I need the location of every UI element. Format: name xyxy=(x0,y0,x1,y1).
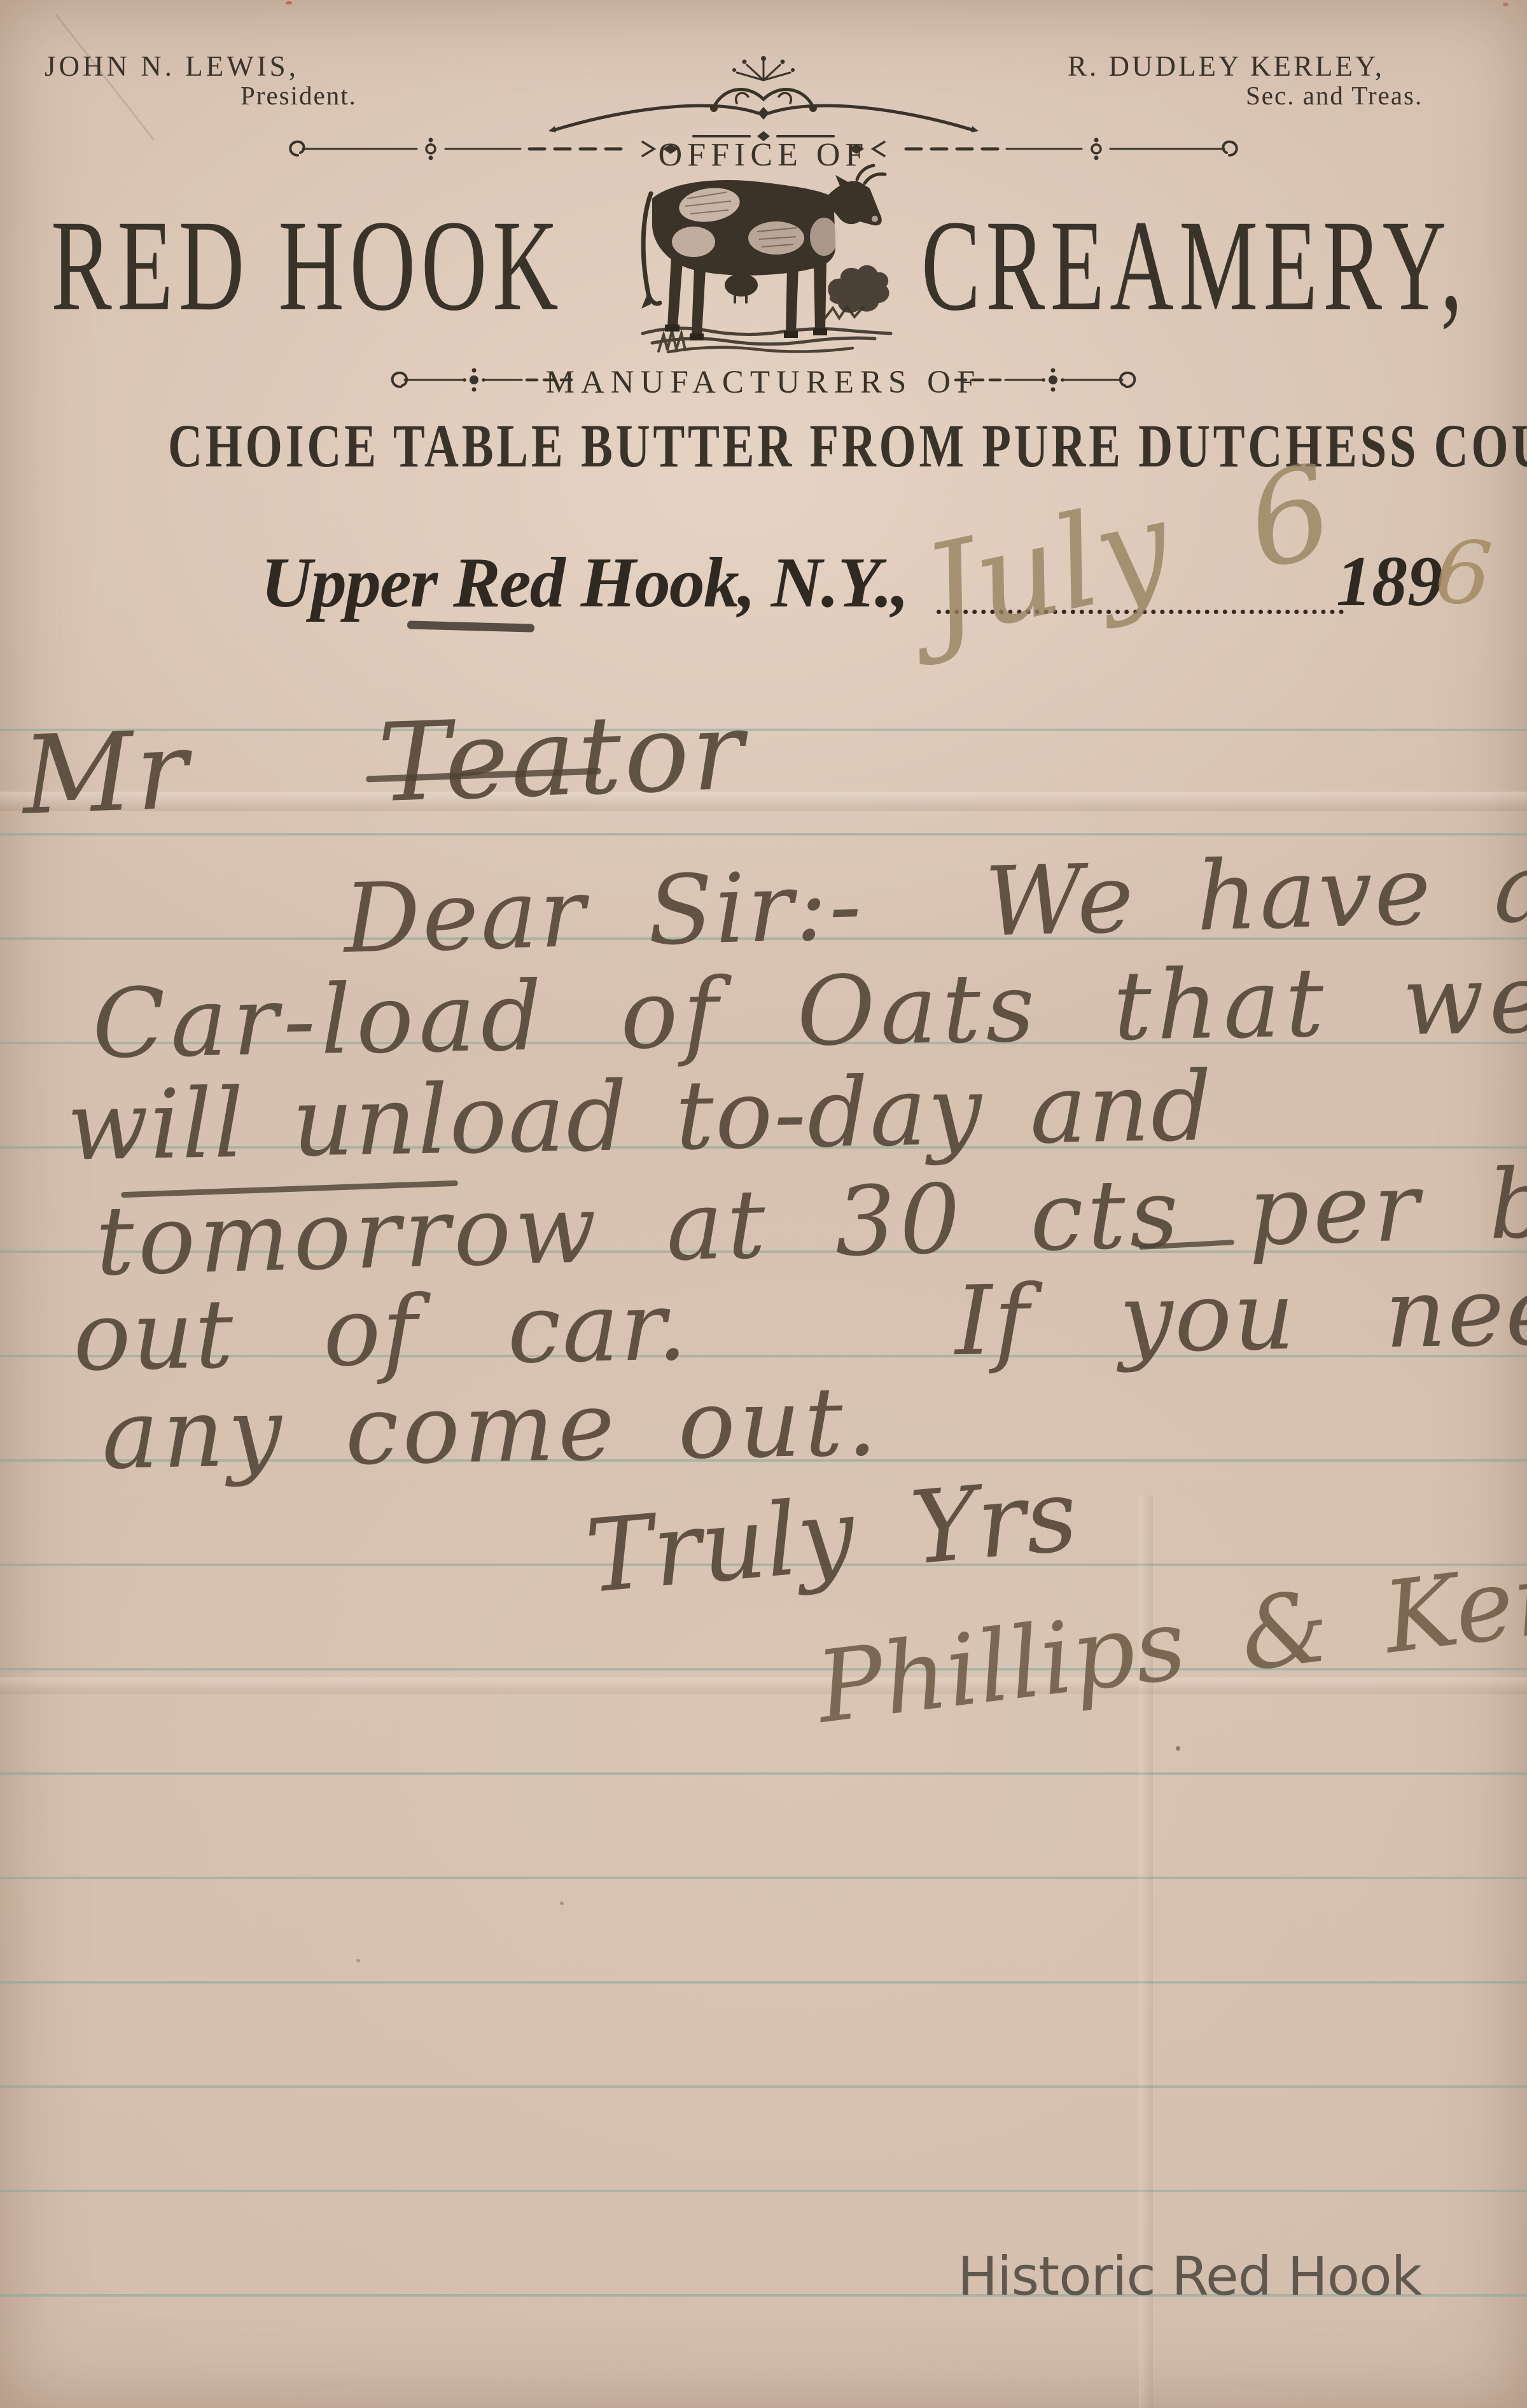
dateline-year-printed: 189 xyxy=(1336,541,1443,623)
scanned-letter-page: JOHN N. LEWIS, President. R. DUDLEY KERL… xyxy=(0,0,1527,2408)
ruled-line xyxy=(0,2190,1527,2192)
dateline-place: Upper Red Hook, N.Y., xyxy=(261,542,908,624)
body-line: will unload to-day and xyxy=(66,1059,1214,1174)
ruled-line xyxy=(0,1877,1527,1879)
paper-speck xyxy=(560,1901,564,1905)
body-line: any come out. xyxy=(101,1374,882,1483)
manufacturers-label: MANUFACTURERS OF xyxy=(0,364,1527,401)
closing: Truly Yrs xyxy=(582,1465,1081,1608)
officer-left-name: JOHN N. LEWIS, xyxy=(45,50,299,83)
ruled-line xyxy=(0,2085,1527,2088)
paper-speck xyxy=(1503,3,1509,6)
company-name-creamery: CREAMERY, xyxy=(921,191,1468,341)
ruled-line xyxy=(0,1772,1527,1775)
handwritten-year-digit: 6 xyxy=(1432,527,1495,619)
crest-flourish xyxy=(547,51,980,146)
officer-right-title: Sec. and Treas. xyxy=(1246,80,1423,111)
paper-speck xyxy=(286,1,292,4)
salutation: Mr Teator xyxy=(20,697,748,830)
cow-engraving-icon xyxy=(633,160,900,358)
officer-left-title: President. xyxy=(241,80,357,111)
officer-right-name: R. DUDLEY KERLEY, xyxy=(1068,50,1384,83)
ruled-line xyxy=(0,833,1527,836)
body-line: out of car. If you need xyxy=(73,1263,1527,1385)
paper-speck xyxy=(1176,1746,1180,1751)
body-line: Car-load of Oats that we xyxy=(92,951,1527,1072)
ruled-line xyxy=(0,1981,1527,1984)
paper-speck xyxy=(356,1959,360,1963)
watermark-label: Historic Red Hook xyxy=(958,2245,1421,2307)
company-name-red-hook: RED HOOK xyxy=(51,191,564,341)
